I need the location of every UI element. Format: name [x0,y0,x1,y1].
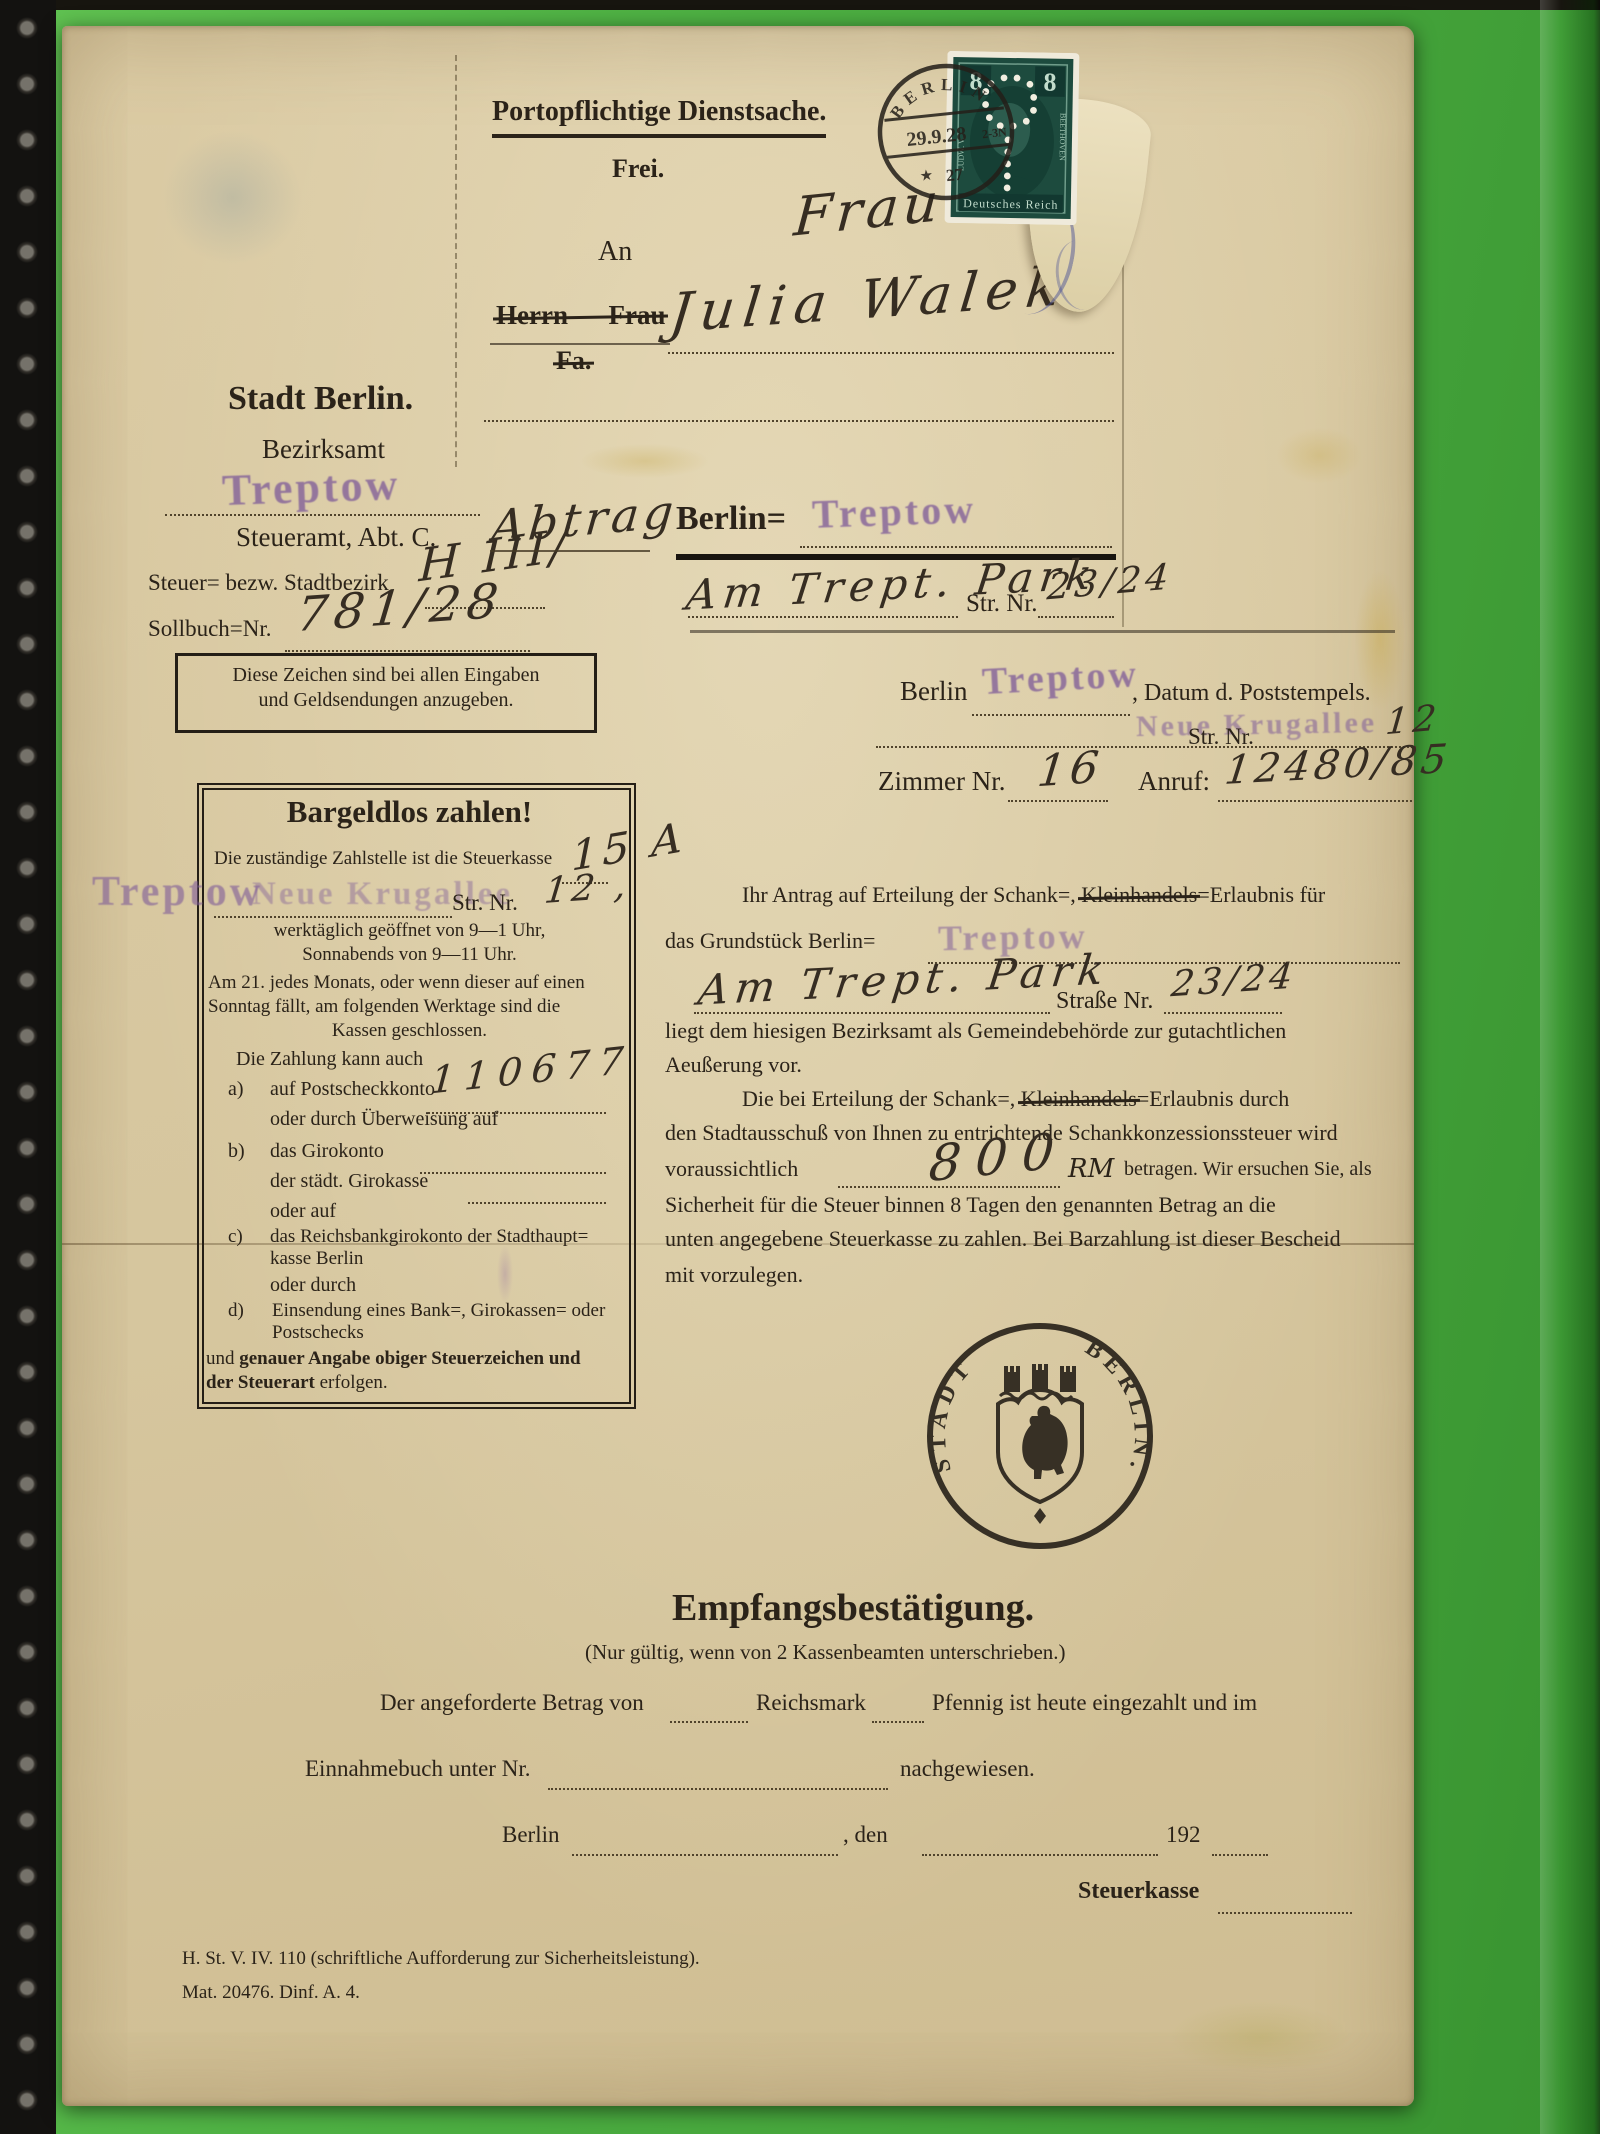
paybox-hours1: werktäglich geöffnet von 9—1 Uhr, [197,920,622,942]
fa-option: Fa. [556,346,591,376]
p1-pre: Ihr Antrag auf Erteilung der Schank=, [742,882,1081,907]
seal-crown-towers [1004,1364,1076,1392]
dotted-line [1164,1012,1282,1014]
herrn-frau-struck: Herrn — Frau [496,300,665,331]
receipt-l1a: Der angeforderte Betrag von [380,1690,644,1716]
item-b-alt: oder auf [270,1200,336,1223]
body-p2: das Grundstück Berlin= [665,928,875,954]
dotted-line [1212,1854,1268,1856]
item-a-label: a) [228,1078,244,1101]
stamp-value-right: 8 [1043,68,1057,97]
dotted-line [1218,800,1412,802]
receipt-l2b: nachgewiesen. [900,1756,1035,1782]
item-b-text2: der städt. Girokasse [270,1170,428,1193]
dotted-line [548,1788,888,1790]
dotted-line [922,1854,1158,1856]
notice-line1: Diese Zeichen sind bei allen Eingaben [178,664,594,687]
body-p7-label: voraussichtlich [665,1156,798,1182]
dotted-line [668,352,1114,354]
receipt-l1b: Reichsmark [756,1690,866,1716]
binder-strip [0,0,56,2134]
postmark-office-number: 27 [945,164,964,185]
item-a-alt: oder durch Überweisung auf [270,1108,498,1131]
p1-struck-word: Kleinhandels [1081,882,1197,908]
paybox-line1: Die zuständige Zahlstelle ist die Steuer… [214,848,552,870]
item-d-text1: Einsendung eines Bank=, Girokassen= oder [272,1300,605,1322]
body-p1: Ihr Antrag auf Erteilung der Schank=, Kl… [742,882,1325,908]
an-label: An [598,236,632,268]
svg-text:BERLIN.: BERLIN. [1081,1335,1156,1479]
district-rubber-stamp: Treptow [221,459,401,516]
receipt-title: Empfangsbestätigung. [672,1586,1034,1630]
item-b-label: b) [228,1140,245,1163]
postmark-date: 29.9.28 [905,123,967,151]
handwritten-room-number: 16 [1035,742,1105,797]
paybox-outro1: und genauer Angabe obiger Steuerzeichen … [206,1348,581,1370]
receipt-l3c: 192 [1166,1822,1201,1848]
dotted-line [972,714,1130,716]
fold-line-vertical [455,55,457,467]
item-c-label: c) [228,1226,243,1248]
dotted-line [1038,616,1114,618]
item-b-text: das Girokonto [270,1140,384,1163]
dotted-line [420,1172,606,1174]
street-number-label: Str. Nr. [966,590,1038,618]
album-page-edge [1540,0,1600,2134]
card-edge-line [690,630,1395,633]
notice-line2: und Geldsendungen anzugeben. [178,689,594,712]
outro1-pre: und [206,1348,239,1369]
sender-department: Steueramt, Abt. C. [236,522,436,553]
svg-text:STADT: STADT [925,1353,980,1476]
phone-label: Anruf: [1138,766,1210,797]
currency-unit: RM [1068,1154,1114,1184]
street-number-label: Straße Nr. [1056,988,1153,1015]
room-label: Zimmer Nr. [878,766,1005,797]
paybox-outro2: der Steuerart erfolgen. [206,1372,388,1394]
material-number-line: Mat. 20476. Dinf. A. 4. [182,1982,360,2004]
dotted-line [165,514,480,516]
dotted-line [694,1012,1050,1014]
dotted-line [468,1202,606,1204]
district-rubber-stamp: Treptow [92,868,263,916]
paybox-closed3: Kassen geschlossen. [197,1020,622,1042]
rule-line [490,550,650,552]
dotted-line [572,1854,838,1856]
sender-city: Stadt Berlin. [228,380,413,418]
item-c-alt: oder durch [270,1274,356,1297]
frei-label: Frei. [612,154,664,184]
p5-struck-word: Kleinhandels [1021,1086,1137,1112]
outro2-bold: der Steuerart [206,1372,315,1393]
receipt-l3b: , den [843,1822,888,1848]
dotted-line [484,420,1114,422]
receipt-l2a: Einnahmebuch unter Nr. [305,1756,530,1782]
street-rubber-stamp: Neue Krugallee [1136,706,1378,744]
seal-text-stadt: STADT [925,1353,980,1476]
dotted-line [670,1721,748,1723]
dienstsache-heading: Portopflichtige Dienstsache. [492,96,826,138]
paybox-title: Bargeldlos zahlen! [197,794,622,830]
dotted-line [688,616,958,618]
herrn-frau-options: Herrn — Frau [496,300,665,331]
postmark-star-icon: ★ [919,168,934,185]
street-number-label: Str. Nr. [452,890,518,916]
seal-bear [1022,1406,1067,1479]
paybox-hours2: Sonnabends von 9—11 Uhr. [197,944,622,966]
dotted-line [800,546,1112,548]
fa-struck: Fa. [556,346,591,376]
book-number-label: Sollbuch=Nr. [148,616,272,642]
receipt-subtitle: (Nur gültig, wenn von 2 Kassenbeamten un… [585,1640,1066,1665]
city-seal: STADT BERLIN. [920,1316,1160,1556]
postmark: BERLIN 29.9.28 2-3N ★ 27 [858,42,1034,222]
dotted-line [285,650,530,652]
rule-line [490,343,670,345]
dotted-line [1218,1912,1352,1914]
seal-text-berlin: BERLIN. [1081,1335,1156,1479]
paybox-intro: Die Zahlung kann auch [236,1048,423,1071]
dotted-line [872,1721,924,1723]
dotted-line [1008,800,1108,802]
item-d-label: d) [228,1300,244,1322]
form-number-line: H. St. V. IV. 110 (schriftliche Aufforde… [182,1948,700,1970]
receipt-l3a: Berlin [502,1822,560,1848]
item-a-text: auf Postscheckkonto [270,1078,435,1101]
p5-pre: Die bei Erteilung der Schank=, [742,1086,1021,1111]
dotted-line [214,916,452,918]
p1-post: =Erlaubnis für [1197,882,1325,907]
paybox-closed2: Sonntag fällt, am folgenden Werktage sin… [208,996,560,1018]
photo-of-document-in-album: 8 8 Deutsches Reich LUDW. V. BEETHOVEN B… [0,0,1600,2134]
seal-finial [1034,1508,1046,1524]
receipt-l4: Steuerkasse [1078,1878,1199,1905]
datum-label: , Datum d. Poststempels. [1132,680,1371,707]
p5-post: =Erlaubnis durch [1137,1086,1289,1111]
district-rubber-stamp: Treptow [981,652,1140,704]
body-p8: Sicherheit für die Steuer binnen 8 Tagen… [665,1192,1276,1218]
body-p10: mit vorzulegen. [665,1262,803,1288]
postmark-time: 2-3N [981,125,1007,142]
handwritten-street-number: 12 , [542,865,632,912]
body-p5: Die bei Erteilung der Schank=, Kleinhand… [742,1086,1289,1112]
paybox-closed1: Am 21. jedes Monats, oder wenn dieser au… [208,972,585,994]
office-berlin-label: Berlin [900,676,968,707]
outro1-bold: genauer Angabe obiger Steuerzeichen und [239,1348,580,1369]
body-p9: unten angegebene Steuerkasse zu zahlen. … [665,1226,1341,1252]
district-rubber-stamp: Treptow [811,485,976,538]
body-p7-post: betragen. Wir ersuchen Sie, als [1124,1158,1372,1181]
stamp-side-text-right: BEETHOVEN [1058,113,1068,161]
item-c-text2: kasse Berlin [270,1248,363,1270]
item-c-text1: das Reichsbankgirokonto der Stadthaupt= [270,1226,588,1248]
item-d-text2: Postschecks [272,1322,364,1344]
body-p4: Aeußerung vor. [665,1052,802,1078]
outro2-post: erfolgen. [315,1372,388,1393]
berlin-label: Berlin= [676,500,786,538]
notice-box: Diese Zeichen sind bei allen Eingaben un… [175,653,597,733]
body-p3: liegt dem hiesigen Bezirksamt als Gemein… [665,1018,1286,1044]
receipt-l1c: Pfennig ist heute eingezahlt und im [932,1690,1257,1716]
